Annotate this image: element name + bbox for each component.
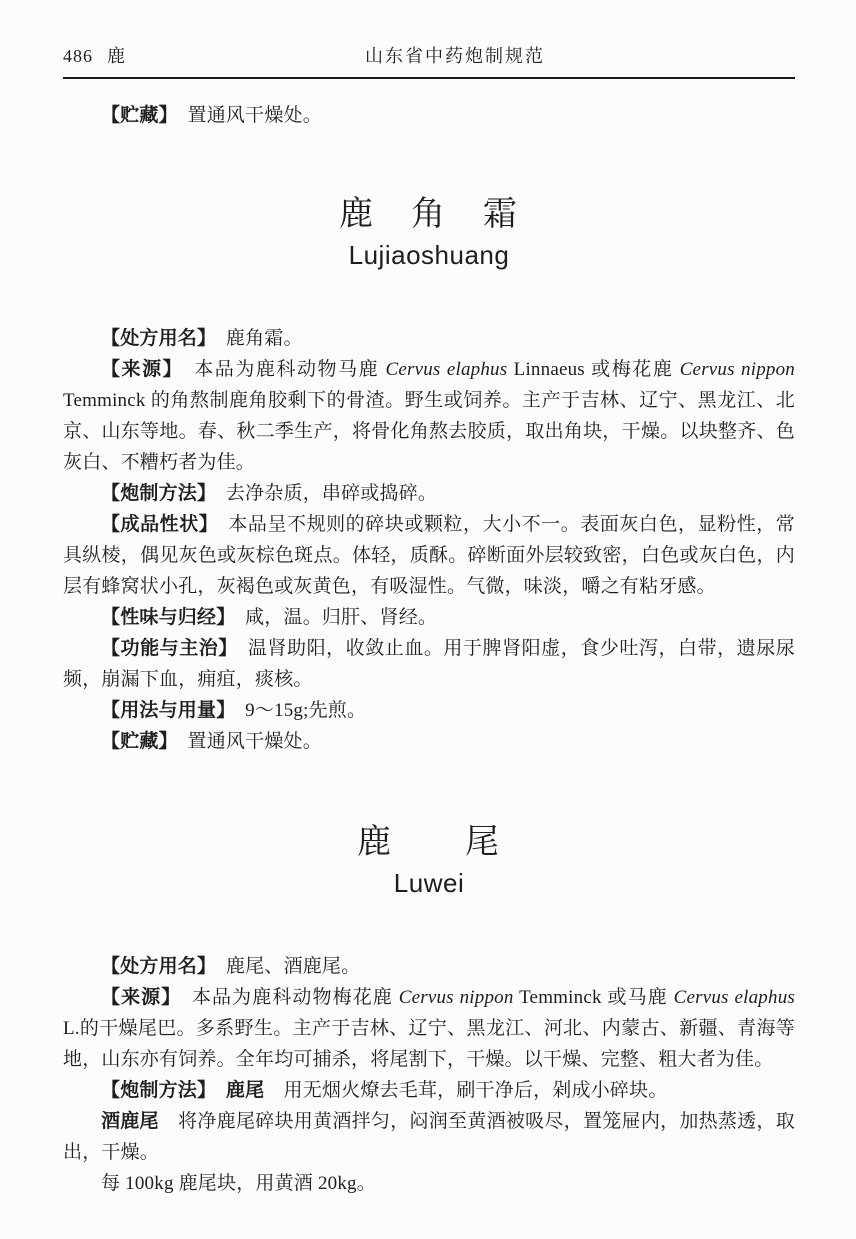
monograph-luwei: 鹿 尾 Luwei 【处方用名】 鹿尾、酒鹿尾。 【来源】 本品为鹿科动物梅花鹿… bbox=[63, 821, 795, 1199]
text-run: 置通风干燥处。 bbox=[168, 731, 322, 752]
monograph-pinyin: Luwei bbox=[63, 868, 795, 899]
section-label: 【来源】 bbox=[101, 987, 172, 1008]
section-label: 【用法与用量】 bbox=[101, 700, 226, 721]
book-title: 山东省中药炮制规范 bbox=[365, 44, 545, 68]
chapter-label: 鹿 bbox=[107, 46, 125, 66]
prescription-name-paragraph: 【处方用名】 鹿角霜。 bbox=[63, 323, 795, 354]
running-head: 486鹿 山东省中药炮制规范 bbox=[63, 44, 795, 68]
wine-processed-paragraph: 酒鹿尾 将净鹿尾碎块用黄酒拌匀，闷润至黄酒被吸尽，置笼屉内，加热蒸透，取出，干燥… bbox=[63, 1106, 795, 1168]
prescription-name-paragraph: 【处方用名】 鹿尾、酒鹿尾。 bbox=[63, 951, 795, 982]
section-label: 【贮藏】 bbox=[101, 731, 168, 752]
text-run: Linnaeus 或梅花鹿 bbox=[507, 359, 679, 380]
text-run: 本品为鹿科动物马鹿 bbox=[174, 359, 386, 380]
subsection-label: 鹿尾 bbox=[226, 1080, 264, 1101]
text-run: 置通风干燥处。 bbox=[168, 105, 322, 126]
monograph-pinyin: Lujiaoshuang bbox=[63, 240, 795, 271]
page-header: 486鹿 山东省中药炮制规范 bbox=[0, 0, 856, 79]
subsection-label: 酒鹿尾 bbox=[101, 1111, 159, 1132]
monograph-lujiaoshuang: 鹿 角 霜 Lujiaoshuang 【处方用名】 鹿角霜。 【来源】 本品为鹿… bbox=[63, 193, 795, 757]
text-run: 鹿角霜。 bbox=[207, 328, 303, 349]
processing-method-paragraph: 【炮制方法】 鹿尾 用无烟火燎去毛茸，刷干净后，剁成小碎块。 bbox=[63, 1075, 795, 1106]
dosage-paragraph: 【用法与用量】 9～15g;先煎。 bbox=[63, 695, 795, 726]
section-label: 【性味与归经】 bbox=[101, 607, 226, 628]
text-run: Temminck 或马鹿 bbox=[514, 987, 674, 1008]
storage-paragraph-previous-entry: 【贮藏】 置通风干燥处。 bbox=[63, 100, 795, 131]
latin-species-name: Cervus nippon bbox=[399, 987, 514, 1008]
header-rule bbox=[63, 77, 795, 79]
section-label: 【来源】 bbox=[101, 359, 174, 380]
text-run: 将净鹿尾碎块用黄酒拌匀，闷润至黄酒被吸尽，置笼屉内，加热蒸透，取出，干燥。 bbox=[63, 1111, 795, 1163]
monograph-title: 鹿 尾 bbox=[63, 821, 795, 863]
text-run: 本品为鹿科动物梅花鹿 bbox=[172, 987, 399, 1008]
page-body: 【贮藏】 置通风干燥处。 鹿 角 霜 Lujiaoshuang 【处方用名】 鹿… bbox=[0, 100, 856, 1199]
section-label: 【贮藏】 bbox=[101, 105, 168, 126]
processing-method-paragraph: 【炮制方法】 去净杂质，串碎或捣碎。 bbox=[63, 478, 795, 509]
text-run: 鹿尾、酒鹿尾。 bbox=[207, 956, 361, 977]
section-label: 【成品性状】 bbox=[101, 514, 209, 535]
text-run: Temminck 的角熬制鹿角胶剩下的骨渣。野生或饲养。主产于吉林、辽宁、黑龙江… bbox=[63, 390, 795, 473]
source-paragraph: 【来源】 本品为鹿科动物梅花鹿 Cervus nippon Temminck 或… bbox=[63, 982, 795, 1075]
latin-species-name: Cervus elaphus bbox=[386, 359, 508, 380]
running-head-left: 486鹿 bbox=[63, 44, 125, 68]
text-run: 咸，温。归肝、肾经。 bbox=[226, 607, 437, 628]
section-label: 【功能与主治】 bbox=[101, 638, 228, 659]
text-run: 9～15g;先煎。 bbox=[226, 700, 366, 721]
section-label: 【炮制方法】 bbox=[101, 483, 207, 504]
excipient-ratio-paragraph: 每 100kg 鹿尾块，用黄酒 20kg。 bbox=[63, 1168, 795, 1199]
section-label: 【处方用名】 bbox=[101, 328, 207, 349]
section-label: 【处方用名】 bbox=[101, 956, 207, 977]
page-number: 486 bbox=[63, 46, 93, 66]
section-label: 【炮制方法】 bbox=[101, 1080, 207, 1101]
text-run: 每 100kg 鹿尾块，用黄酒 20kg。 bbox=[101, 1173, 376, 1194]
latin-species-name: Cervus nippon bbox=[680, 359, 795, 380]
taste-meridian-paragraph: 【性味与归经】 咸，温。归肝、肾经。 bbox=[63, 602, 795, 633]
text-run: 用无烟火燎去毛茸，刷干净后，剁成小碎块。 bbox=[264, 1080, 667, 1101]
source-paragraph: 【来源】 本品为鹿科动物马鹿 Cervus elaphus Linnaeus 或… bbox=[63, 354, 795, 478]
text-run: 去净杂质，串碎或捣碎。 bbox=[207, 483, 437, 504]
latin-species-name: Cervus elaphus bbox=[674, 987, 795, 1008]
text-run bbox=[207, 1080, 226, 1101]
storage-paragraph: 【贮藏】 置通风干燥处。 bbox=[63, 726, 795, 757]
document-page: 486鹿 山东省中药炮制规范 【贮藏】 置通风干燥处。 鹿 角 霜 Lujiao… bbox=[0, 0, 856, 1239]
monograph-title: 鹿 角 霜 bbox=[63, 193, 795, 235]
product-character-paragraph: 【成品性状】 本品呈不规则的碎块或颗粒，大小不一。表面灰白色，显粉性，常具纵棱，… bbox=[63, 509, 795, 602]
text-run: L.的干燥尾巴。多系野生。主产于吉林、辽宁、黑龙江、河北、内蒙古、新疆、青海等地… bbox=[63, 1018, 795, 1070]
function-indication-paragraph: 【功能与主治】 温肾助阳，收敛止血。用于脾肾阳虚，食少吐泻，白带，遗尿尿频，崩漏… bbox=[63, 633, 795, 695]
